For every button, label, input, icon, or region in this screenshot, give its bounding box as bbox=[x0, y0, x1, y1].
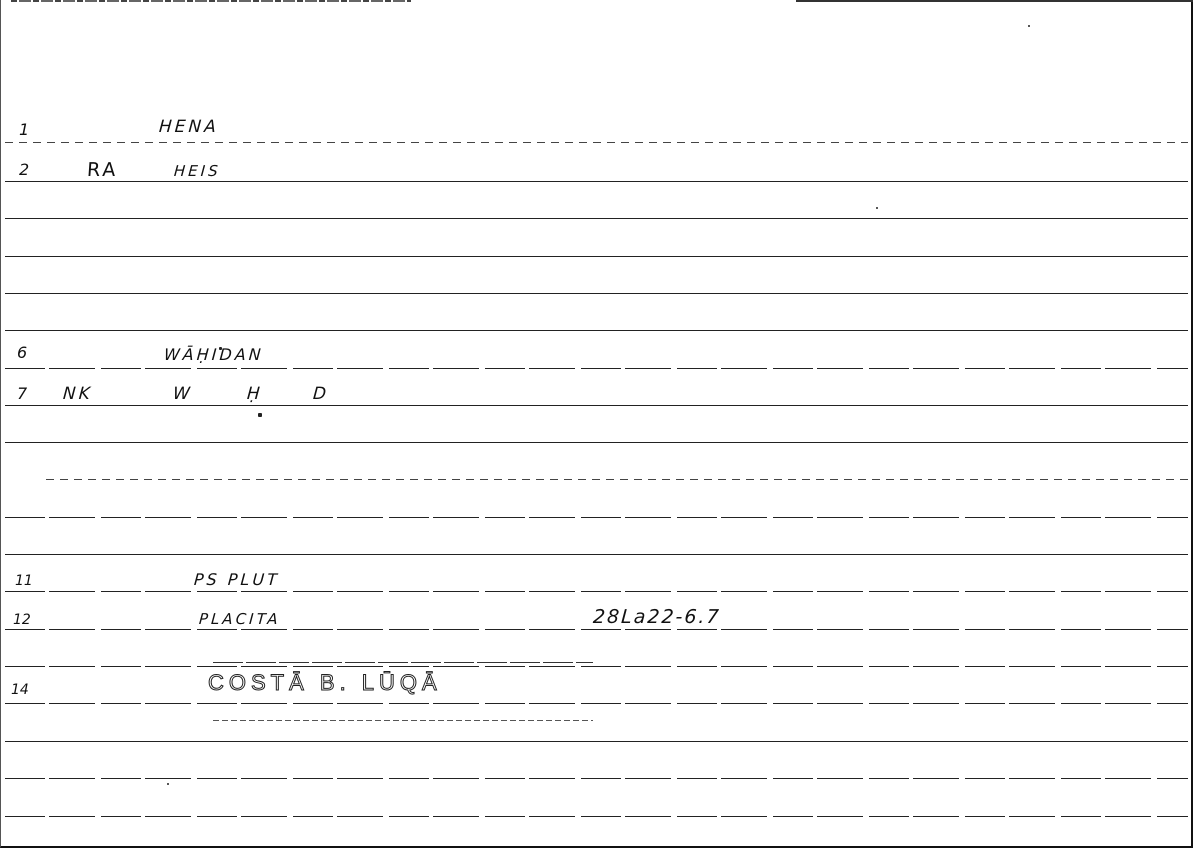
ruled-line bbox=[46, 479, 1188, 480]
line-number: 1 bbox=[19, 120, 29, 139]
stamp-border-top bbox=[213, 662, 593, 663]
ruled-line bbox=[5, 517, 1188, 518]
ruled-line bbox=[5, 256, 1188, 257]
ruled-line bbox=[5, 816, 1188, 817]
root-letter: W bbox=[172, 384, 193, 404]
ruled-line bbox=[5, 741, 1188, 742]
line-number: 7 bbox=[17, 384, 27, 403]
ruled-line bbox=[5, 293, 1188, 294]
root-letter: D bbox=[312, 384, 329, 404]
line-number: 2 bbox=[19, 160, 29, 179]
stamp-border-bottom bbox=[213, 720, 593, 721]
ruled-line bbox=[5, 368, 1188, 369]
ruled-line bbox=[5, 554, 1188, 555]
ruled-line bbox=[5, 405, 1188, 406]
name-stamp: COSTĀ B. LŪQĀ bbox=[208, 670, 442, 696]
ruled-line bbox=[5, 703, 1188, 704]
card-top-edge-left bbox=[11, 0, 411, 2]
scan-speck bbox=[219, 347, 222, 350]
entry-code: RA bbox=[86, 159, 119, 181]
index-card: 1 HENA 2 RA HEIS 6 WĀḤIDAN 7 NK W Ḥ D 11… bbox=[0, 0, 1193, 848]
card-top-edge-right bbox=[796, 0, 1193, 2]
line-number: 14 bbox=[11, 682, 29, 698]
ruled-line bbox=[5, 629, 1188, 630]
line-number: 12 bbox=[13, 612, 31, 628]
ruled-line bbox=[5, 142, 1188, 143]
ruled-line bbox=[5, 181, 1188, 182]
entry-text: WĀḤIDAN bbox=[163, 345, 264, 364]
entry-reference: 28La22-6.7 bbox=[592, 606, 721, 628]
ruled-line bbox=[5, 218, 1188, 219]
scan-speck bbox=[876, 207, 878, 209]
ruled-line bbox=[5, 442, 1188, 443]
ruled-line bbox=[5, 666, 1188, 667]
line-number: 11 bbox=[15, 573, 33, 589]
line-number: 6 bbox=[17, 343, 27, 362]
ruled-line bbox=[5, 330, 1188, 331]
ruled-line bbox=[5, 778, 1188, 779]
entry-text: PS PLUT bbox=[193, 570, 280, 589]
entry-code: NK bbox=[62, 384, 93, 404]
entry-text: PLACITA bbox=[198, 610, 281, 628]
root-letter: Ḥ bbox=[246, 384, 263, 404]
entry-text: HEIS bbox=[173, 162, 221, 180]
scan-speck bbox=[167, 783, 169, 785]
entry-text: HENA bbox=[158, 117, 219, 137]
scan-speck bbox=[1028, 25, 1030, 27]
scan-speck bbox=[258, 413, 262, 417]
ruled-line bbox=[5, 591, 1188, 592]
